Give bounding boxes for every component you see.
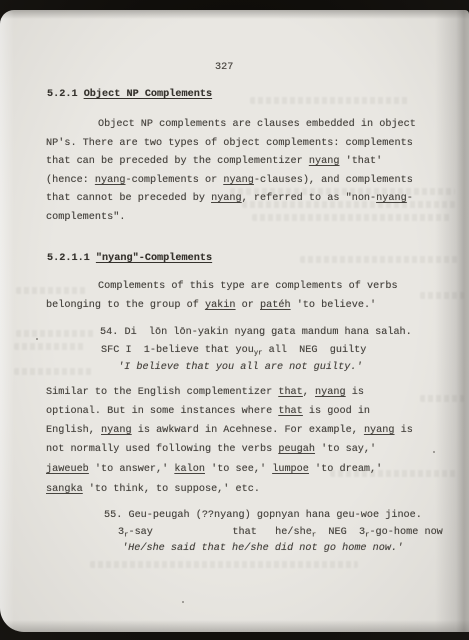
example-54-gloss: SFC I 1-believe that youyr all NEG guilt…: [101, 344, 366, 361]
text-segment: NP's. There are two types of object comp…: [46, 138, 413, 149]
text-segment: nyang: [364, 425, 395, 436]
text-segment: nyang: [315, 387, 346, 398]
text-segment: -say that he/she: [128, 527, 311, 538]
text-segment: not normally used following the verbs: [46, 444, 278, 455]
text-segment: jaweueb: [46, 464, 89, 475]
text-segment: nyang: [95, 175, 126, 186]
paragraph-3-line: English, nyang is awkward in Acehnese. F…: [46, 424, 413, 437]
page-number: 327: [215, 61, 233, 74]
text-segment: 327: [215, 62, 233, 73]
text-segment: that can be preceded by the complementiz…: [46, 156, 309, 167]
text-segment: nyang: [101, 425, 132, 436]
text-segment: 55. Geu-peugah (??nyang) gopnyan hana ge…: [104, 510, 422, 521]
text-segment: SFC I 1-believe that you: [101, 345, 254, 356]
text-segment: 5.2.1: [47, 89, 84, 100]
text-segment: Complements of this type are complements…: [98, 281, 398, 292]
text-segment: 'to say,': [315, 444, 376, 455]
text-segment: nyang: [223, 175, 254, 186]
paragraph-1-line: NP's. There are two types of object comp…: [46, 137, 413, 150]
text-segment: that: [278, 387, 302, 398]
text-segment: is awkward in Acehnese. For example,: [132, 425, 364, 436]
text-layer: 3275.2.1 Object NP ComplementsObject NP …: [0, 0, 469, 640]
paragraph-3-line: not normally used following the verbs pe…: [46, 443, 376, 456]
text-segment: is good in: [303, 406, 370, 417]
text-segment: that: [278, 406, 302, 417]
paragraph-2-line: Complements of this type are complements…: [98, 280, 398, 293]
text-segment: 'to think, to suppose,' etc.: [83, 484, 260, 495]
text-segment: -go-home now: [369, 527, 442, 538]
text-segment: 'to see,': [205, 464, 272, 475]
scanned-document-page: 3275.2.1 Object NP ComplementsObject NP …: [0, 0, 469, 640]
example-54-translation: 'I believe that you all are not guilty.': [118, 361, 363, 374]
text-segment: 'I believe that you all are not guilty.': [118, 362, 363, 373]
section-heading-5-2-1: 5.2.1 Object NP Complements: [47, 88, 212, 101]
subsection-heading-5-2-1-1: 5.2.1.1 "nyang"-Complements: [47, 252, 212, 265]
text-segment: , referred to as "non-: [242, 193, 377, 204]
paragraph-1-line: (hence: nyang-complements or nyang-claus…: [46, 174, 413, 187]
text-segment: belonging to the group of: [46, 300, 205, 311]
text-segment: -: [407, 193, 413, 204]
paragraph-3-line: jaweueb 'to answer,' kalon 'to see,' lum…: [46, 463, 382, 476]
paragraph-3-line: Similar to the English complementizer th…: [46, 386, 364, 399]
text-segment: peugah: [278, 444, 315, 455]
example-55-translation: 'He/she said that he/she did not go home…: [122, 542, 403, 555]
text-segment: -complements or: [126, 175, 224, 186]
text-segment: (hence:: [46, 175, 95, 186]
text-segment: NEG 3: [316, 527, 365, 538]
paragraph-3-line: sangka 'to think, to suppose,' etc.: [46, 483, 260, 496]
text-segment: all NEG guilty: [262, 345, 366, 356]
text-segment: 54. Di lōn lōn-yakin nyang gata mandum h…: [100, 327, 412, 338]
text-segment: Object NP complements are clauses embedd…: [98, 119, 416, 130]
text-segment: optional. But in some instances where: [46, 406, 278, 417]
example-55-gloss: 3r-say that he/sher NEG 3r-go-home now: [118, 526, 443, 543]
text-segment: nyang: [211, 193, 242, 204]
text-segment: 'that': [339, 156, 382, 167]
paragraph-3-line: optional. But in some instances where th…: [46, 405, 370, 418]
paragraph-1-line: that can be preceded by the complementiz…: [46, 155, 382, 168]
text-segment: 5.2.1.1: [47, 253, 96, 264]
text-segment: sangka: [46, 484, 83, 495]
text-segment: is: [395, 425, 413, 436]
text-segment: is: [346, 387, 364, 398]
text-segment: English,: [46, 425, 101, 436]
text-segment: 'He/she said that he/she did not go home…: [122, 543, 403, 554]
text-segment: nyang: [376, 193, 407, 204]
text-segment: yakin: [205, 300, 236, 311]
text-segment: Similar to the English complementizer: [46, 387, 278, 398]
text-segment: lumpoe: [272, 464, 309, 475]
paragraph-2-line: belonging to the group of yakin or patéh…: [46, 299, 376, 312]
text-segment: 'to dream,': [309, 464, 382, 475]
text-segment: ,: [303, 387, 315, 398]
text-segment: kalon: [174, 464, 205, 475]
example-54-line: 54. Di lōn lōn-yakin nyang gata mandum h…: [100, 326, 412, 339]
paragraph-1-line: Object NP complements are clauses embedd…: [98, 118, 416, 131]
text-segment: "nyang"-Complements: [96, 253, 212, 264]
text-segment: Object NP Complements: [84, 89, 212, 100]
text-segment: complements".: [46, 212, 125, 223]
text-segment: patéh: [260, 300, 291, 311]
paragraph-1-line: that cannot be preceded by nyang, referr…: [46, 192, 413, 205]
text-segment: nyang: [309, 156, 340, 167]
example-55-line: 55. Geu-peugah (??nyang) gopnyan hana ge…: [104, 509, 422, 522]
text-segment: 'to answer,': [89, 464, 175, 475]
paragraph-1-line: complements".: [46, 211, 125, 224]
text-segment: or: [236, 300, 260, 311]
text-segment: 'to believe.': [291, 300, 377, 311]
text-segment: that cannot be preceded by: [46, 193, 211, 204]
text-segment: -clauses), and complements: [254, 175, 413, 186]
